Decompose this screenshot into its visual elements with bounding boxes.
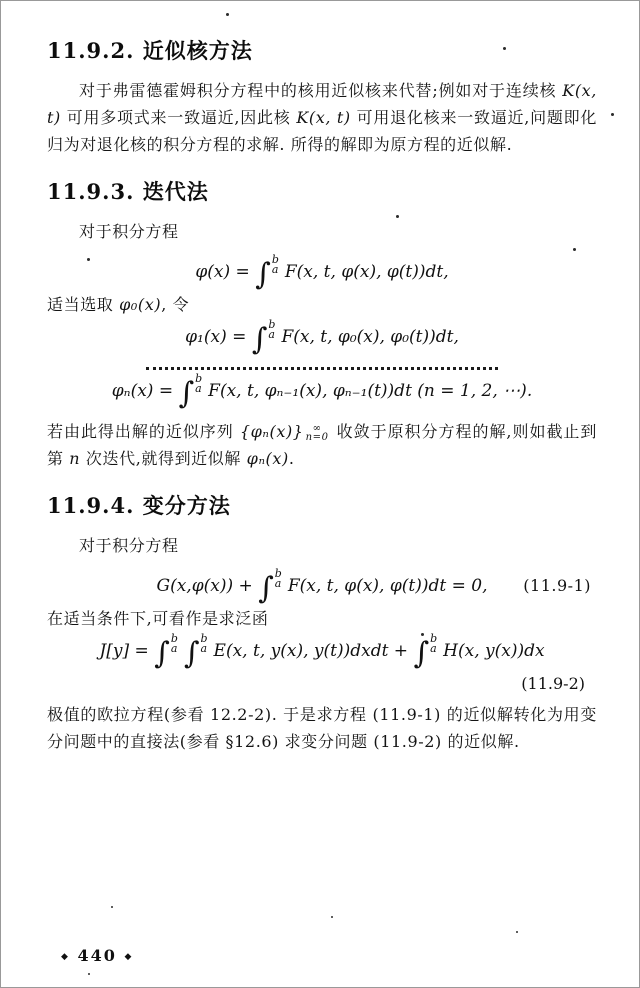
paragraph-choose-phi0: 适当选取 φ₀(x), 令 <box>47 291 597 318</box>
scan-speck <box>88 973 90 975</box>
paragraph-functional-intro: 在适当条件下,可看作是求泛函 <box>47 605 597 632</box>
section-heading-11-9-4: 11.9.4. 变分方法 <box>47 490 597 520</box>
scan-speck <box>516 931 518 933</box>
equation-number-11-9-1: (11.9-1) <box>523 569 591 603</box>
equation-phi-body: φ(x) = ∫b aF(x, t, φ(x), φ(t))dt, <box>195 262 448 282</box>
section-heading-11-9-3: 11.9.3. 迭代法 <box>47 176 597 206</box>
equation-phi1: φ₁(x) = ∫b aF(x, t, φ₀(x), φ₀(t))dt, <box>47 318 597 356</box>
scan-speck <box>396 215 399 218</box>
dotted-separator <box>146 362 498 370</box>
equation-11-9-1: G(x,φ(x)) + ∫b aF(x, t, φ(x), φ(t))dt = … <box>47 567 597 605</box>
equation-number-11-9-2: (11.9-2) <box>47 674 597 693</box>
paragraph-iteration-convergence: 若由此得出解的近似序列 {φₙ(x)}∞ n=0 收敛于原积分方程的解,则如截止… <box>47 418 597 472</box>
scan-speck <box>421 633 424 636</box>
scan-speck <box>331 916 333 918</box>
equation-phi1-body: φ₁(x) = ∫b aF(x, t, φ₀(x), φ₀(t))dt, <box>185 327 459 347</box>
document-page: 11.9.2. 近似核方法 对于弗雷德霍姆积分方程中的核用近似核来代替;例如对于… <box>0 0 640 988</box>
scan-speck <box>87 258 90 261</box>
page-content: 11.9.2. 近似核方法 对于弗雷德霍姆积分方程中的核用近似核来代替;例如对于… <box>1 1 639 755</box>
paragraph-euler-equation: 极值的欧拉方程(参看 12.2-2). 于是求方程 (11.9-1) 的近似解转… <box>47 701 597 755</box>
scan-speck <box>226 13 229 16</box>
scan-speck <box>611 113 614 116</box>
page-number: ◆ 440 ◆ <box>61 946 133 965</box>
equation-phin-body: φₙ(x) = ∫b aF(x, t, φₙ₋₁(x), φₙ₋₁(t))dt … <box>112 381 532 401</box>
equation-11-9-2-body: J[y] = ∫b a∫b aE(x, t, y(x), y(t))dxdt +… <box>99 641 544 661</box>
equation-11-9-1-body: G(x,φ(x)) + ∫b aF(x, t, φ(x), φ(t))dt = … <box>157 576 488 596</box>
section-heading-11-9-2: 11.9.2. 近似核方法 <box>47 35 597 65</box>
equation-phin: φₙ(x) = ∫b aF(x, t, φₙ₋₁(x), φₙ₋₁(t))dt … <box>47 372 597 410</box>
paragraph-iteration-intro: 对于积分方程 <box>47 218 597 245</box>
paragraph-approx-kernel: 对于弗雷德霍姆积分方程中的核用近似核来代替;例如对于连续核 K(x, t) 可用… <box>47 77 597 158</box>
scan-speck <box>111 906 113 908</box>
scan-speck <box>573 248 576 251</box>
scan-speck <box>503 47 506 50</box>
equation-phi: φ(x) = ∫b aF(x, t, φ(x), φ(t))dt, <box>47 253 597 291</box>
equation-11-9-2: J[y] = ∫b a∫b aE(x, t, y(x), y(t))dxdt +… <box>47 632 597 670</box>
paragraph-variational-intro: 对于积分方程 <box>47 532 597 559</box>
